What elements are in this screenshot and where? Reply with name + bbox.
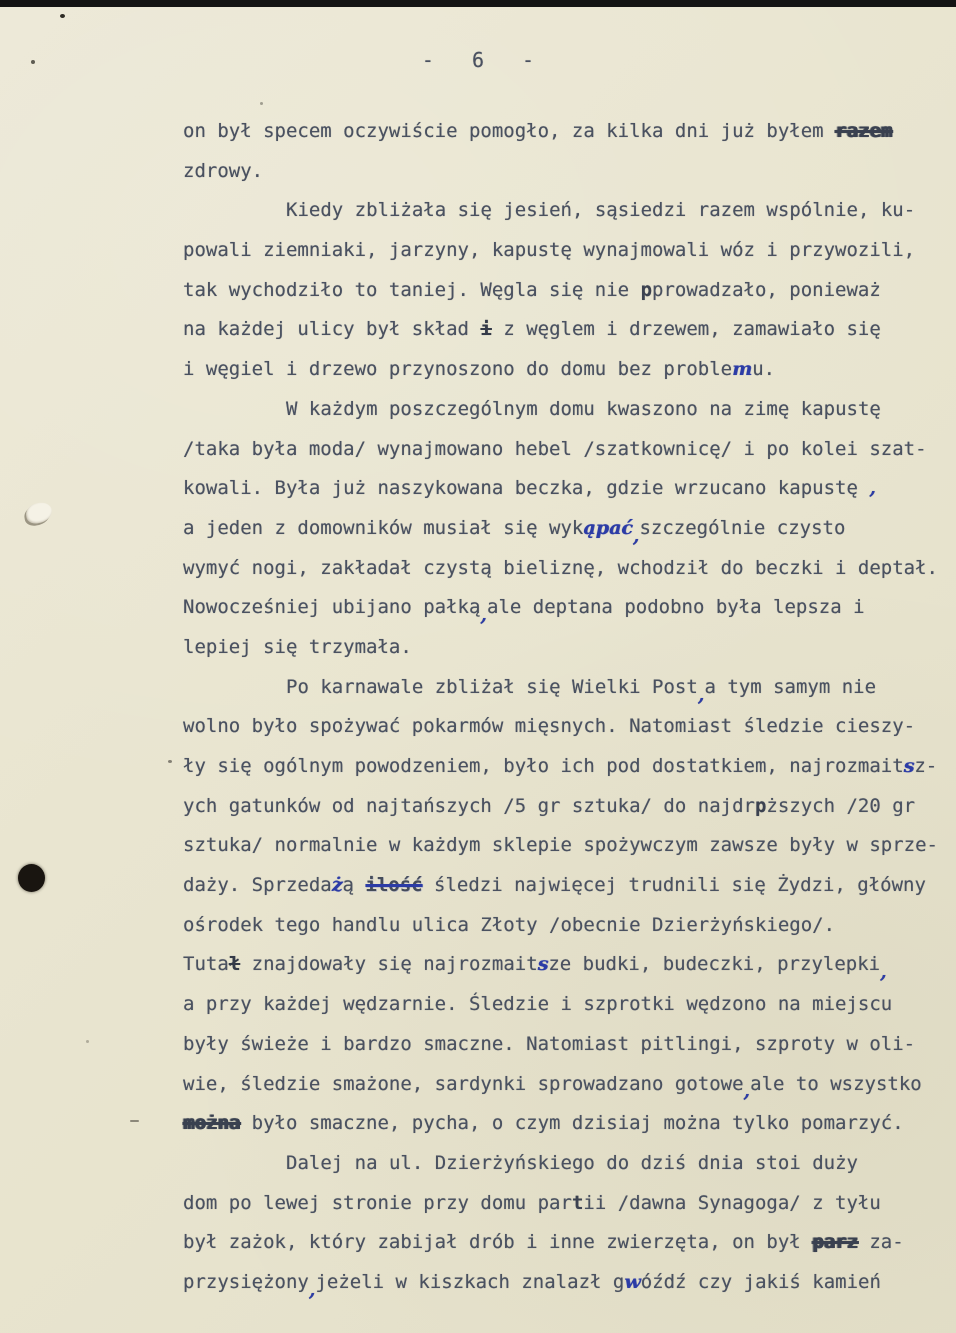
text-line: a przy każdej wędzarnie. Śledzie i szpro… bbox=[183, 985, 955, 1025]
typed-segment: z węglem i drzewem, zamawiało się bbox=[492, 318, 881, 340]
typed-segment: /taka była moda/ wynajmowano hebel /szat… bbox=[183, 438, 927, 460]
correction-segment: t bbox=[572, 1192, 583, 1214]
correction-segment: , bbox=[309, 1279, 316, 1301]
typed-segment: ły się ogólnym powodzeniem, było ich pod… bbox=[183, 755, 904, 777]
correction-segment: , bbox=[744, 1080, 751, 1102]
typed-segment: ośrodek tego handlu ulica Złoty /obecnie… bbox=[183, 914, 835, 936]
correction-segment: p bbox=[755, 795, 766, 817]
correction-segment: , bbox=[880, 961, 887, 983]
text-line: daży. Sprzedażą ilość śledzi najwięcej t… bbox=[183, 866, 955, 906]
text-line: przysiężony,jeżeli w kiszkach znalazł gw… bbox=[183, 1263, 955, 1303]
typed-segment: ze budki, budeczki, przylepki bbox=[548, 953, 880, 975]
paper-tear-mark bbox=[25, 501, 54, 524]
typed-segment: Dalej na ul. Dzierżyńskiego do dziś dnia… bbox=[286, 1152, 858, 1174]
text-line: ły się ogólnym powodzeniem, było ich pod… bbox=[183, 747, 955, 787]
document-scan-page: - 6 - on był specem oczywiście pomogło, … bbox=[0, 0, 956, 1333]
ink-speck bbox=[60, 14, 65, 18]
text-line: był zażok, który zabijał drób i inne zwi… bbox=[183, 1223, 955, 1263]
typed-segment: wolno było spożywać pokarmów mięsnych. N… bbox=[183, 715, 915, 737]
ink-speck bbox=[168, 760, 172, 763]
text-line: sztuka/ normalnie w każdym sklepie spoży… bbox=[183, 826, 955, 866]
correction-segment: ł bbox=[229, 953, 240, 975]
correction-segment: razem bbox=[835, 120, 892, 142]
correction-segment: w bbox=[624, 1271, 640, 1293]
typed-segment: ych gatunków od najtańszych /5 gr sztuka… bbox=[183, 795, 755, 817]
text-line: a jeden z domowników musiał się wykąpać,… bbox=[183, 509, 955, 549]
typed-segment: znajdowały się najrozmait bbox=[240, 953, 537, 975]
typed-segment: a tym samym nie bbox=[704, 676, 876, 698]
text-line: zdrowy. bbox=[183, 152, 955, 192]
correction-segment: s bbox=[538, 953, 549, 975]
typed-segment: a jeden z domowników musiał się wyk bbox=[183, 517, 583, 539]
text-line: były świeże i bardzo smaczne. Natomiast … bbox=[183, 1025, 955, 1065]
correction-segment: m bbox=[732, 358, 752, 380]
typed-segment: ą bbox=[343, 874, 366, 896]
typed-segment: na każdej ulicy był skład bbox=[183, 318, 480, 340]
typed-segment: lepiej się trzymała. bbox=[183, 636, 412, 658]
typed-segment: ższych /20 gr bbox=[766, 795, 915, 817]
typed-segment: ii /dawna Synagoga/ z tyłu bbox=[583, 1192, 880, 1214]
scan-edge-top bbox=[0, 0, 956, 7]
text-line: lepiej się trzymała. bbox=[183, 628, 955, 668]
ink-speck bbox=[260, 102, 263, 105]
text-line: Dalej na ul. Dzierżyńskiego do dziś dnia… bbox=[183, 1144, 955, 1184]
text-line: Kiedy zbliżała się jesień, sąsiedzi raze… bbox=[183, 191, 955, 231]
paragraph: Po karnawale zbliżał się Wielki Post,a t… bbox=[183, 668, 955, 1144]
text-line: /taka była moda/ wynajmowano hebel /szat… bbox=[183, 430, 955, 470]
text-line: Po karnawale zbliżał się Wielki Post,a t… bbox=[183, 668, 955, 708]
typed-segment: był zażok, który zabijał drób i inne zwi… bbox=[183, 1231, 812, 1253]
text-line: powali ziemniaki, jarzyny, kapustę wynaj… bbox=[183, 231, 955, 271]
text-line: Nowocześniej ubijano pałką,ale deptana p… bbox=[183, 588, 955, 628]
typed-segment: óźdź czy jakiś kamień bbox=[641, 1271, 881, 1293]
typed-segment: Kiedy zbliżała się jesień, sąsiedzi raze… bbox=[286, 199, 915, 221]
paragraph: Kiedy zbliżała się jesień, sąsiedzi raze… bbox=[183, 191, 955, 389]
typed-segment: z- bbox=[914, 755, 937, 777]
text-line: W każdym poszczególnym domu kwaszono na … bbox=[183, 390, 955, 430]
typed-segment: zdrowy. bbox=[183, 160, 263, 182]
typed-segment: a przy każdej wędzarnie. Śledzie i szpro… bbox=[183, 993, 892, 1015]
text-line: można było smaczne, pycha, o czym dzisia… bbox=[183, 1104, 955, 1144]
typed-segment: śledzi najwięcej trudnili się Żydzi, głó… bbox=[423, 874, 926, 896]
correction-segment: parz bbox=[812, 1231, 858, 1253]
paragraph: Dalej na ul. Dzierżyńskiego do dziś dnia… bbox=[183, 1144, 955, 1303]
page-number: - 6 - bbox=[0, 48, 956, 72]
correction-segment: , bbox=[633, 525, 640, 547]
typed-segment: wie, śledzie smażone, sardynki sprowadza… bbox=[183, 1073, 744, 1095]
typed-segment: i węgiel i drzewo przynoszono do domu be… bbox=[183, 358, 732, 380]
hole-punch-mark bbox=[18, 864, 45, 892]
typed-segment: on był specem oczywiście pomogło, za kil… bbox=[183, 120, 835, 142]
text-line: Tutał znajdowały się najrozmaitsze budki… bbox=[183, 945, 955, 985]
text-line: kowali. Była już naszykowana beczka, gdz… bbox=[183, 469, 955, 509]
text-line: wymyć nogi, zakładał czystą bieliznę, wc… bbox=[183, 549, 955, 589]
typed-segment: wymyć nogi, zakładał czystą bieliznę, wc… bbox=[183, 557, 938, 579]
text-line: on był specem oczywiście pomogło, za kil… bbox=[183, 112, 955, 152]
typed-segment: powali ziemniaki, jarzyny, kapustę wynaj… bbox=[183, 239, 915, 261]
typed-segment: kowali. Była już naszykowana beczka, gdz… bbox=[183, 477, 869, 499]
ink-speck bbox=[130, 1120, 139, 1122]
paragraph: on był specem oczywiście pomogło, za kil… bbox=[183, 112, 955, 191]
correction-segment: ilość bbox=[365, 874, 422, 896]
ink-speck bbox=[31, 60, 35, 64]
text-line: wie, śledzie smażone, sardynki sprowadza… bbox=[183, 1065, 955, 1105]
correction-segment: można bbox=[183, 1112, 240, 1134]
text-line: na każdej ulicy był skład i z węglem i d… bbox=[183, 310, 955, 350]
correction-segment: , bbox=[698, 684, 705, 706]
typed-segment: sztuka/ normalnie w każdym sklepie spoży… bbox=[183, 834, 938, 856]
text-line: dom po lewej stronie przy domu partii /d… bbox=[183, 1184, 955, 1224]
paragraph: W każdym poszczególnym domu kwaszono na … bbox=[183, 390, 955, 668]
text-line: ośrodek tego handlu ulica Złoty /obecnie… bbox=[183, 906, 955, 946]
typed-segment: Tuta bbox=[183, 953, 229, 975]
correction-segment: , bbox=[869, 477, 876, 499]
typed-segment: było smaczne, pycha, o czym dzisiaj możn… bbox=[240, 1112, 903, 1134]
typed-text: on był specem oczywiście pomogło, za kil… bbox=[183, 112, 955, 1303]
typed-segment: Po karnawale zbliżał się Wielki Post bbox=[286, 676, 698, 698]
typed-segment: dom po lewej stronie przy domu par bbox=[183, 1192, 572, 1214]
correction-segment: i bbox=[480, 318, 491, 340]
correction-segment: , bbox=[480, 604, 487, 626]
typed-segment: jeżeli w kiszkach znalazł g bbox=[315, 1271, 624, 1293]
typed-segment: ale deptana podobno była lepsza i bbox=[487, 596, 865, 618]
text-line: tak wychodziło to taniej. Węgla się nie … bbox=[183, 271, 955, 311]
typed-segment: szczególnie czysto bbox=[639, 517, 845, 539]
correction-segment: p bbox=[641, 279, 652, 301]
correction-segment: ąpać bbox=[583, 517, 632, 539]
typed-segment: u. bbox=[752, 358, 775, 380]
typed-segment: za- bbox=[858, 1231, 904, 1253]
text-line: wolno było spożywać pokarmów mięsnych. N… bbox=[183, 707, 955, 747]
typed-segment: W każdym poszczególnym domu kwaszono na … bbox=[286, 398, 881, 420]
typed-segment: tak wychodziło to taniej. Węgla się nie bbox=[183, 279, 641, 301]
typed-segment: Nowocześniej ubijano pałką bbox=[183, 596, 480, 618]
text-line: ych gatunków od najtańszych /5 gr sztuka… bbox=[183, 787, 955, 827]
typed-segment: były świeże i bardzo smaczne. Natomiast … bbox=[183, 1033, 915, 1055]
typed-segment: daży. Sprzeda bbox=[183, 874, 332, 896]
ink-speck bbox=[86, 1040, 89, 1043]
typed-segment: przysiężony bbox=[183, 1271, 309, 1293]
typed-segment: ale to wszystko bbox=[750, 1073, 922, 1095]
typed-segment: prowadzało, ponieważ bbox=[652, 279, 881, 301]
text-line: i węgiel i drzewo przynoszono do domu be… bbox=[183, 350, 955, 390]
correction-segment: ż bbox=[332, 874, 343, 896]
correction-segment: s bbox=[904, 755, 915, 777]
